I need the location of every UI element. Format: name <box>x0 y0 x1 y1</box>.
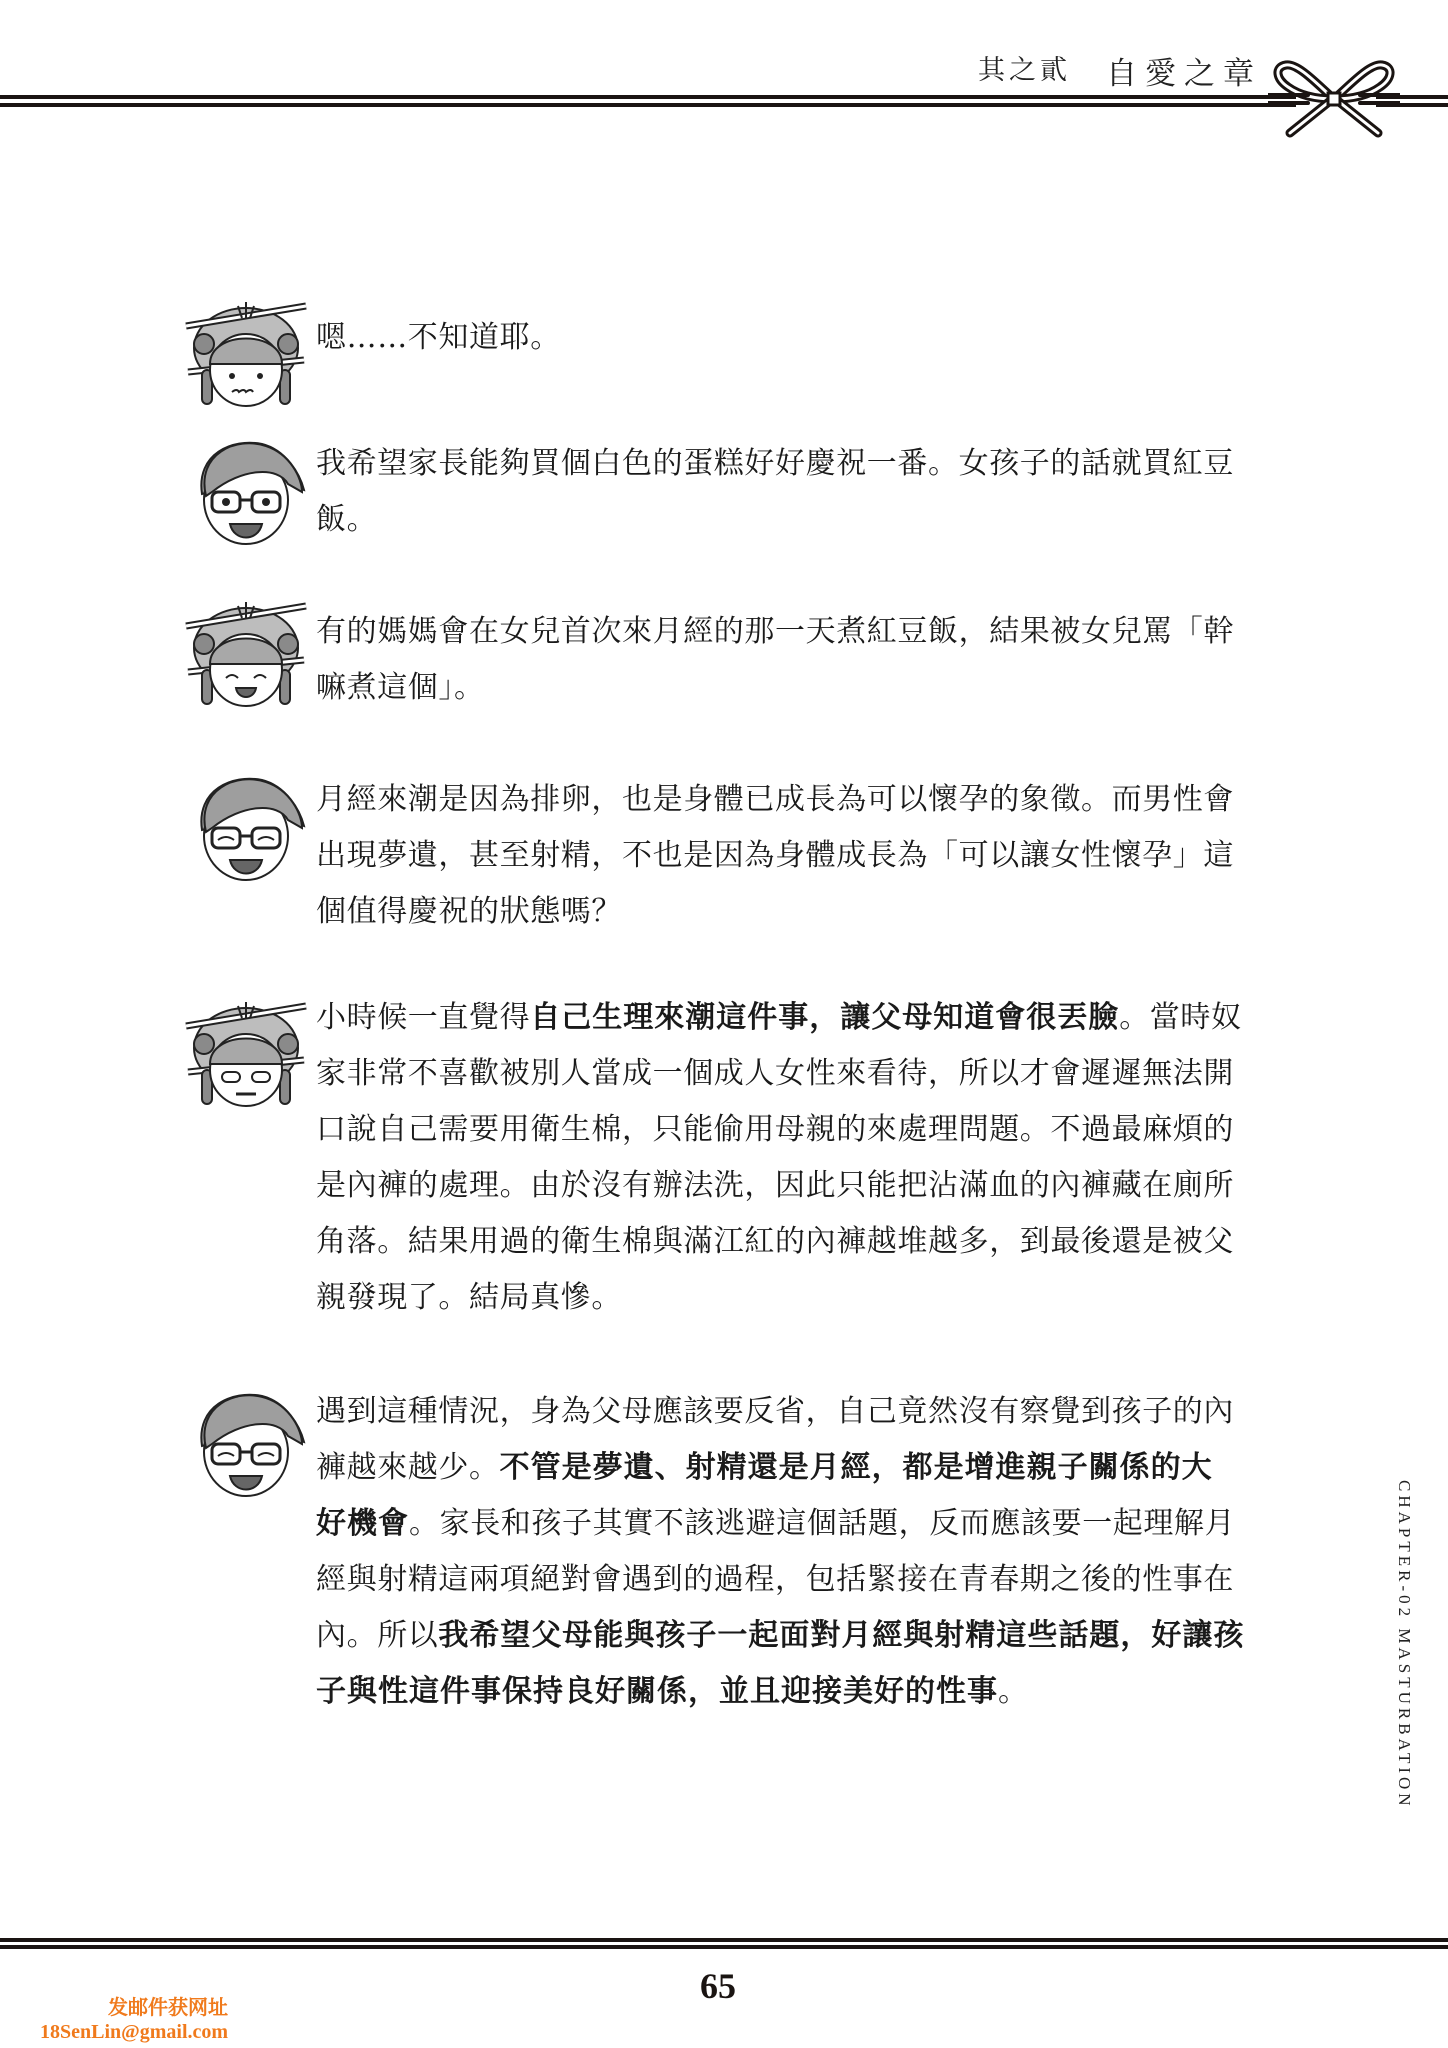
watermark-line-2: 18SenLin@gmail.com <box>40 2020 228 2044</box>
body-text: 經與射精這兩項絕對會遇到的過程，包括緊接在青春期之後的性事在 <box>316 1562 1234 1597</box>
dialogue-line: 月經來潮是因為排卵，也是身體已成長為可以懷孕的象徵。而男性會 <box>316 780 1316 820</box>
avatar-girl-happy <box>182 600 310 712</box>
body-text: 褲越來越少。 <box>316 1450 500 1485</box>
avatar-man-smiling <box>182 434 310 546</box>
dialogue-line: 我希望家長能夠買個白色的蛋糕好好慶祝一番。女孩子的話就買紅豆 <box>316 444 1316 484</box>
dialogue-line: 經與射精這兩項絕對會遇到的過程，包括緊接在青春期之後的性事在 <box>316 1560 1316 1600</box>
body-text: 個值得慶祝的狀態嗎？ <box>316 894 622 929</box>
body-text: 有的媽媽會在女兒首次來月經的那一天煮紅豆飯，結果被女兒罵「幹 <box>316 614 1234 649</box>
body-text: 家非常不喜歡被別人當成一個成人女性來看待，所以才會遲遲無法開 <box>316 1056 1234 1091</box>
body-text: 口說自己需要用衛生棉，只能偷用母親的來處理問題。不過最麻煩的 <box>316 1112 1234 1147</box>
page-number: 65 <box>700 1965 736 2007</box>
dialogue-line: 口說自己需要用衛生棉，只能偷用母親的來處理問題。不過最麻煩的 <box>316 1110 1316 1150</box>
emphasis-text: 不管是夢遺、射精還是月經，都是增進親子關係的大 <box>500 1450 1213 1485</box>
running-head-chapter-title: 自愛之章 <box>1106 48 1262 93</box>
avatar-girl-embarrassed <box>182 1000 310 1112</box>
header-rule-top <box>0 95 1448 99</box>
body-text: 嗯……不知道耶。 <box>316 320 561 355</box>
footer-rule-top <box>0 1938 1448 1942</box>
dialogue-line: 嗯……不知道耶。 <box>316 318 1316 358</box>
dialogue-line: 嘛煮這個」。 <box>316 668 1316 708</box>
dialogue-line: 親發現了。結局真慘。 <box>316 1278 1316 1318</box>
body-text: 親發現了。結局真慘。 <box>316 1280 622 1315</box>
running-head-part: 其之貳 <box>978 48 1071 87</box>
body-text: 我希望家長能夠買個白色的蛋糕好好慶祝一番。女孩子的話就買紅豆 <box>316 446 1234 481</box>
body-text: 出現夢遺，甚至射精，不也是因為身體成長為「可以讓女性懷孕」這 <box>316 838 1234 873</box>
body-text: 。家長和孩子其實不該逃避這個話題，反而應該要一起理解月 <box>409 1506 1235 1541</box>
body-text: 。 <box>998 1674 1029 1709</box>
dialogue-line: 好機會。家長和孩子其實不該逃避這個話題，反而應該要一起理解月 <box>316 1504 1316 1544</box>
avatar-man-laughing <box>182 1386 310 1498</box>
emphasis-text: 好機會 <box>316 1506 409 1541</box>
body-text: 嘛煮這個」。 <box>316 670 485 705</box>
chapter-side-label: CHAPTER-02 MASTURBATION <box>1384 1480 1414 1840</box>
dialogue-line: 小時候一直覺得自己生理來潮這件事，讓父母知道會很丟臉。當時奴 <box>316 998 1316 1038</box>
dialogue-line: 子與性這件事保持良好關係，並且迎接美好的性事。 <box>316 1672 1316 1712</box>
watermark: 发邮件获网址 18SenLin@gmail.com <box>40 1996 228 2044</box>
body-text: 是內褲的處理。由於沒有辦法洗，因此只能把沾滿血的內褲藏在廁所 <box>316 1168 1234 1203</box>
body-text: 內。所以 <box>316 1618 438 1653</box>
emphasis-text: 子與性這件事保持良好關係，並且迎接美好的性事 <box>316 1674 998 1709</box>
body-text: 月經來潮是因為排卵，也是身體已成長為可以懷孕的象徵。而男性會 <box>316 782 1234 817</box>
watermark-line-1: 发邮件获网址 <box>40 1996 228 2020</box>
body-text: 小時候一直覺得 <box>316 1000 530 1035</box>
avatar-girl-worried <box>182 300 310 412</box>
header-rule-bottom <box>0 103 1448 107</box>
dialogue-line: 遇到這種情況，身為父母應該要反省，自己竟然沒有察覺到孩子的內 <box>316 1392 1316 1432</box>
dialogue-line: 是內褲的處理。由於沒有辦法洗，因此只能把沾滿血的內褲藏在廁所 <box>316 1166 1316 1206</box>
dialogue-line: 飯。 <box>316 500 1316 540</box>
dialogue-line: 出現夢遺，甚至射精，不也是因為身體成長為「可以讓女性懷孕」這 <box>316 836 1316 876</box>
body-text: 遇到這種情況，身為父母應該要反省，自己竟然沒有察覺到孩子的內 <box>316 1394 1234 1429</box>
dialogue-line: 個值得慶祝的狀態嗎？ <box>316 892 1316 932</box>
bow-icon <box>1268 55 1400 145</box>
body-text: 。當時奴 <box>1119 1000 1241 1035</box>
emphasis-text: 自己生理來潮這件事，讓父母知道會很丟臉 <box>530 1000 1119 1035</box>
footer-rule-bottom <box>0 1945 1448 1949</box>
dialogue-line: 褲越來越少。不管是夢遺、射精還是月經，都是增進親子關係的大 <box>316 1448 1316 1488</box>
dialogue-line: 家非常不喜歡被別人當成一個成人女性來看待，所以才會遲遲無法開 <box>316 1054 1316 1094</box>
dialogue-line: 有的媽媽會在女兒首次來月經的那一天煮紅豆飯，結果被女兒罵「幹 <box>316 612 1316 652</box>
body-text: 飯。 <box>316 502 377 537</box>
body-text: 角落。結果用過的衛生棉與滿江紅的內褲越堆越多，到最後還是被父 <box>316 1224 1234 1259</box>
emphasis-text: 我希望父母能與孩子一起面對月經與射精這些話題，好讓孩 <box>438 1618 1244 1653</box>
dialogue-line: 內。所以我希望父母能與孩子一起面對月經與射精這些話題，好讓孩 <box>316 1616 1316 1656</box>
dialogue-line: 角落。結果用過的衛生棉與滿江紅的內褲越堆越多，到最後還是被父 <box>316 1222 1316 1262</box>
avatar-man-laughing <box>182 770 310 882</box>
